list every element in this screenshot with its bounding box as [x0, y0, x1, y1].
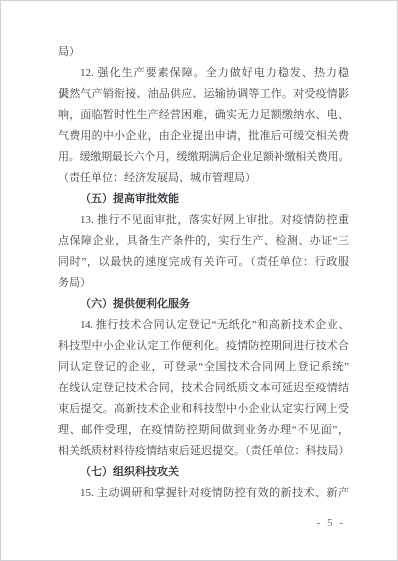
- body-line: 局）: [58, 42, 349, 63]
- body-line: 束后提交。高新技术企业和科技型中小企业认定实行网上受: [58, 399, 349, 420]
- body-line: 气费用的中小企业，由企业提出申请，批准后可缓交相关费: [58, 126, 349, 147]
- section-heading-7: （七）组织科技攻关: [58, 462, 349, 483]
- body-line: 理、邮件受理，在疫情防控期间做到业务办理“不见面”，: [58, 420, 349, 441]
- body-line: 15. 主动调研和掌握针对疫情防控有效的新技术、新产: [58, 483, 349, 504]
- body-line: 务局）: [58, 273, 349, 294]
- responsible-unit-line: （责任单位：经济发展局、城市管理局）: [58, 168, 349, 189]
- responsible-unit-line: 相关纸质材料待疫情结束后延迟提交。（责任单位：科技局）: [58, 441, 349, 462]
- body-line: 在线认定登记技术合同，技术合同纸质文本可延迟至疫情结: [58, 378, 349, 399]
- body-line: 天然气产销衔接、油品供应、运输协调等工作。对受疫情影: [58, 84, 349, 105]
- body-line: 响，面临暂时性生产经营困难，确实无力足额缴纳水、电、: [58, 105, 349, 126]
- body-line: 同认定登记的企业，可登录“全国技术合同网上登记系统”: [58, 357, 349, 378]
- page-number: - 5 -: [317, 516, 345, 530]
- body-line: 13. 推行不见面审批，落实好网上审批。对疫情防控重: [58, 210, 349, 231]
- document-text-block: 局） 12. 强化生产要素保障。全力做好电力稳发、热力稳供、 天然气产销衔接、油…: [58, 42, 349, 504]
- body-line: 点保障企业，具备生产条件的，实行生产、检测、办证“三: [58, 231, 349, 252]
- section-heading-5: （五）提高审批效能: [58, 189, 349, 210]
- body-line: 同时”，以最快的速度完成有关许可。（责任单位：行政服: [58, 252, 349, 273]
- document-page: 局） 12. 强化生产要素保障。全力做好电力稳发、热力稳供、 天然气产销衔接、油…: [0, 0, 398, 561]
- body-line: 用。缓缴期最长六个月，缓缴期满后企业足额补缴相关费用。: [58, 147, 349, 168]
- body-line: 12. 强化生产要素保障。全力做好电力稳发、热力稳供、: [58, 63, 349, 84]
- body-line: 科技型中小企业认定工作便利化。疫情防控期间进行技术合: [58, 336, 349, 357]
- section-heading-6: （六）提供便利化服务: [58, 294, 349, 315]
- body-line: 14. 推行技术合同认定登记“无纸化”和高新技术企业、: [58, 315, 349, 336]
